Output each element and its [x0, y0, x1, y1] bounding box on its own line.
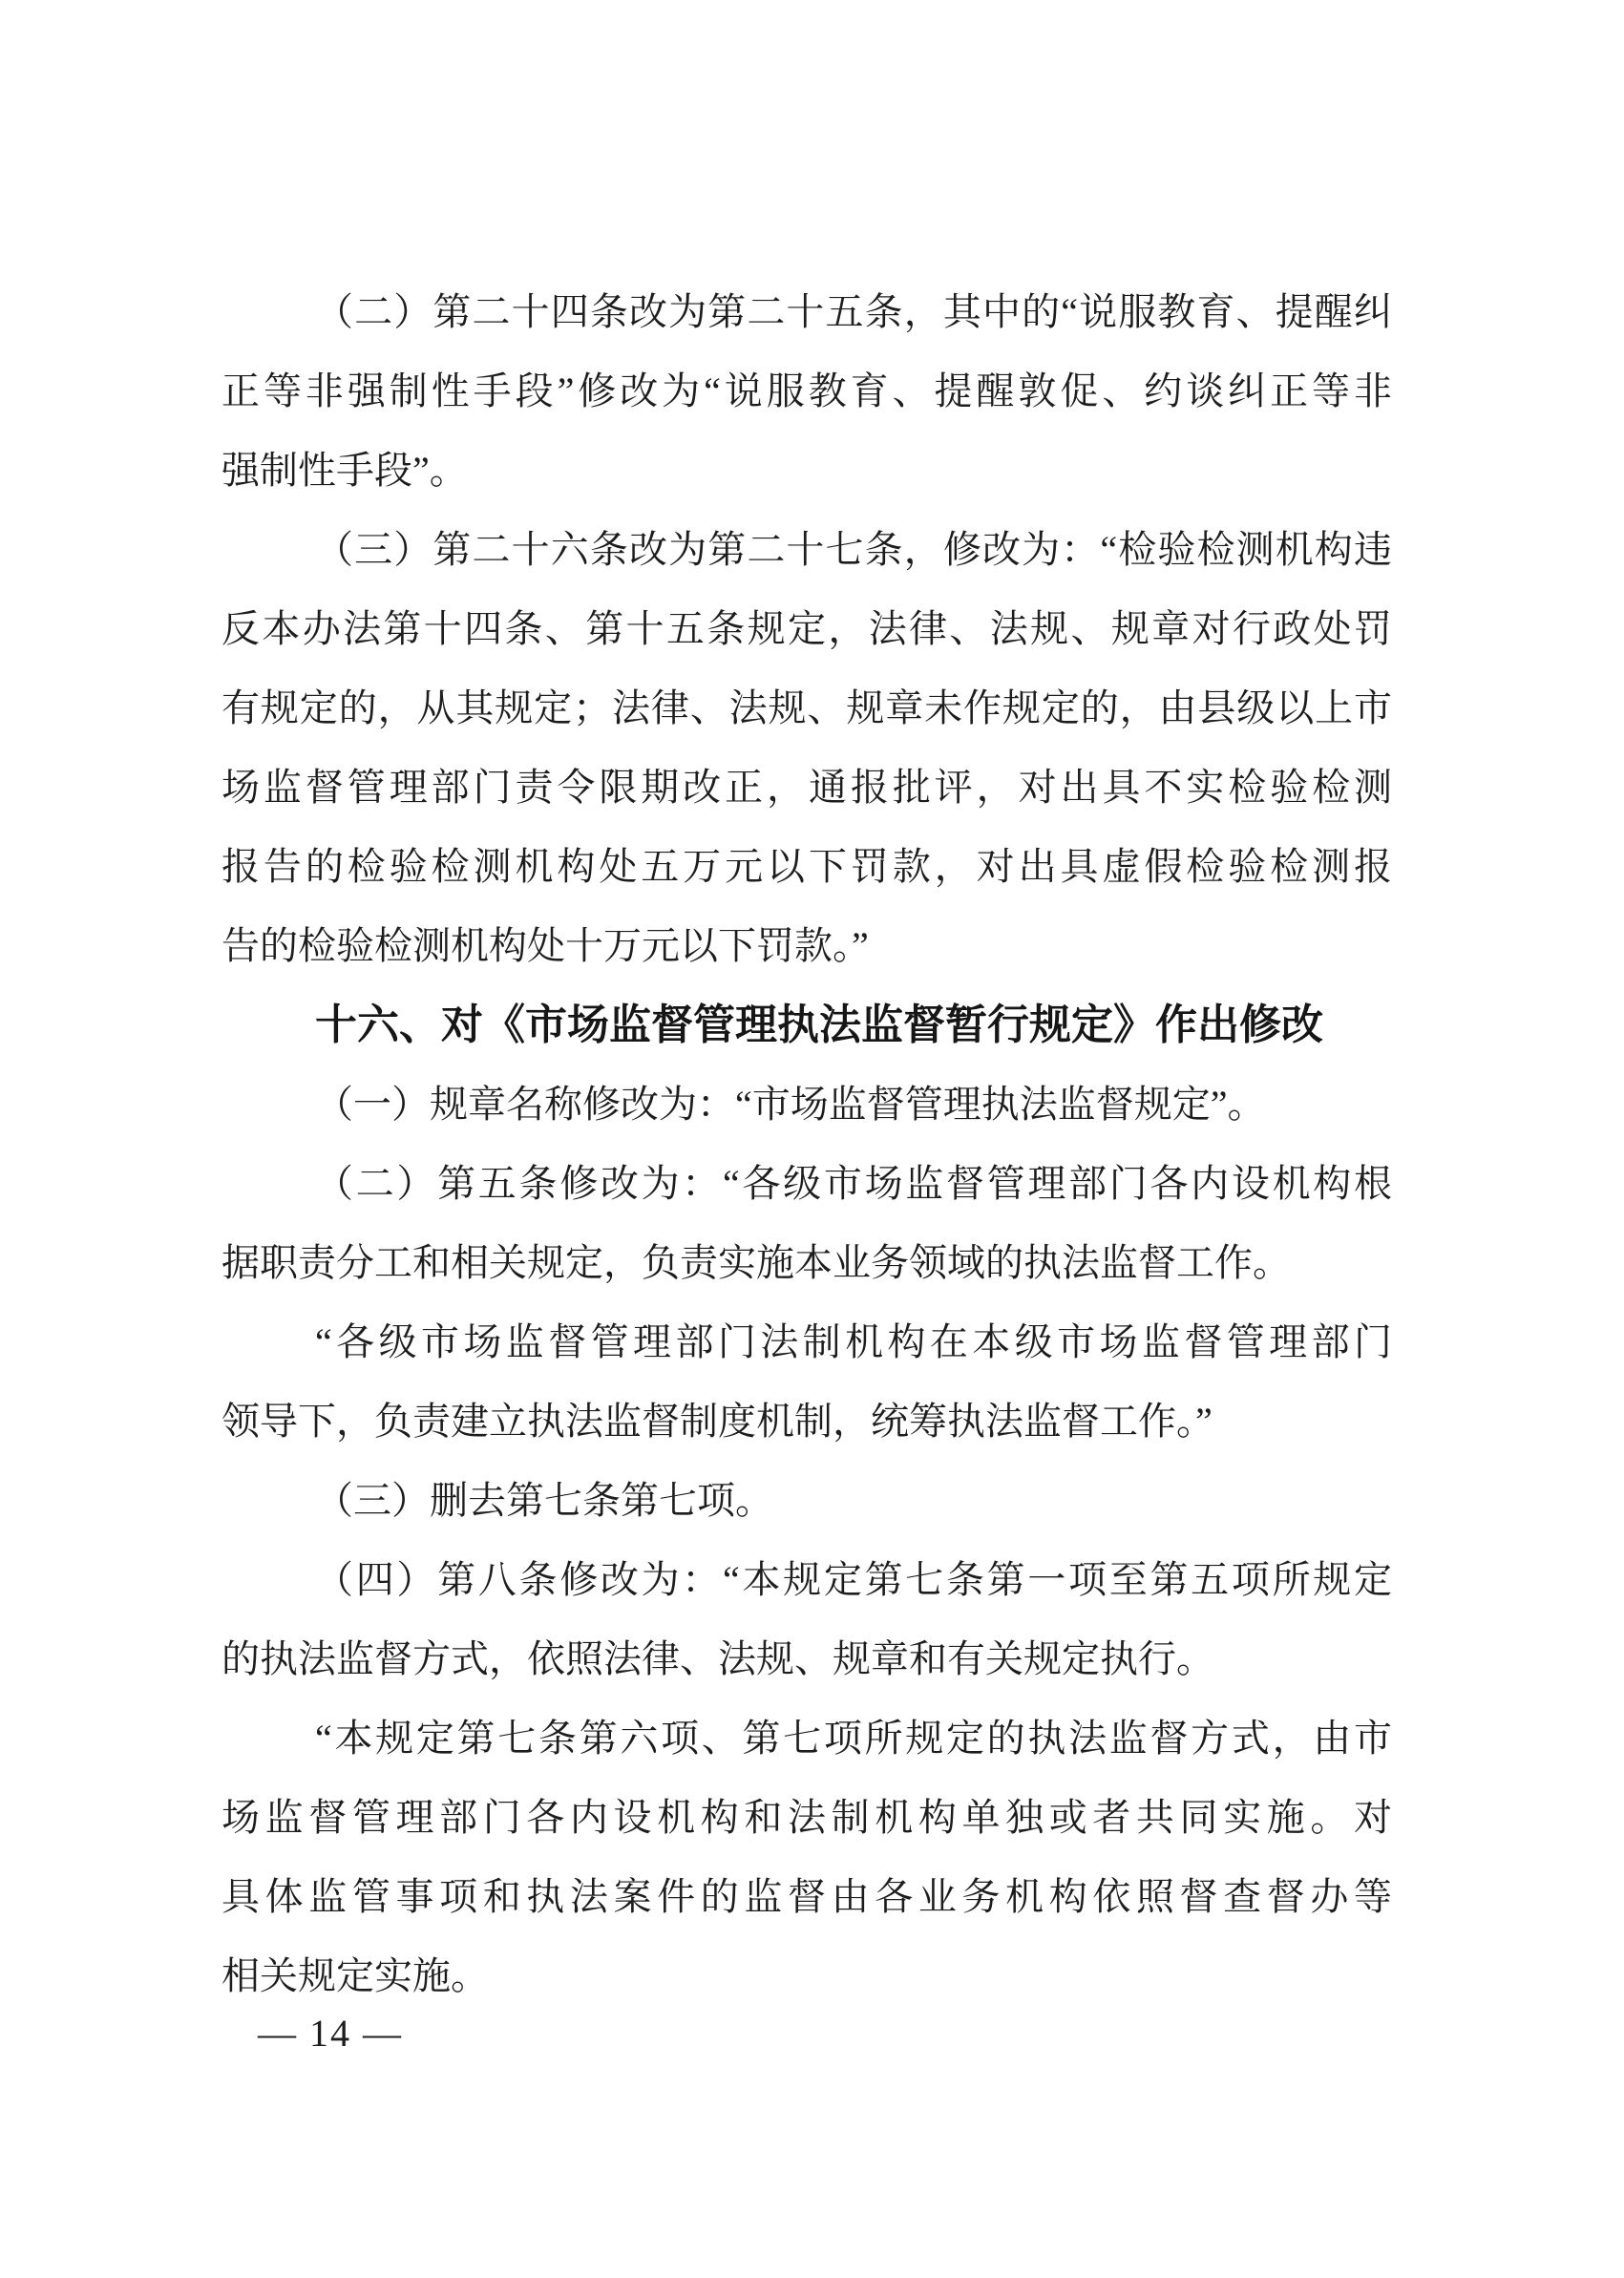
- text-line: （四）第八条修改为：“本规定第七条第一项至第五项所规定: [221, 1540, 1392, 1619]
- text-line: 强制性手段”。: [221, 431, 1392, 510]
- text-line: 告的检验检测机构处十万元以下罚款。”: [221, 906, 1392, 985]
- document-page: （二）第二十四条改为第二十五条，其中的“说服教育、提醒纠正等非强制性手段”修改为…: [0, 0, 1624, 2278]
- text-line: 有规定的，从其规定；法律、法规、规章未作规定的，由县级以上市: [221, 668, 1392, 748]
- text-line: 正等非强制性手段”修改为“说服教育、提醒敦促、约谈纠正等非: [221, 351, 1392, 431]
- text-line: 具体监管事项和执法案件的监督由各业务机构依照督查督办等: [221, 1857, 1392, 1936]
- text-line: 相关规定实施。: [221, 1936, 1392, 2015]
- paragraph: “各级市场监督管理部门法制机构在本级市场监督管理部门领导下，负责建立执法监督制度…: [221, 1302, 1392, 1461]
- text-line: 据职责分工和相关规定，负责实施本业务领域的执法监督工作。: [221, 1223, 1392, 1302]
- paragraph: （二）第五条修改为：“各级市场监督管理部门各内设机构根据职责分工和相关规定，负责…: [221, 1144, 1392, 1302]
- section-heading: 十六、对《市场监督管理执法监督暂行规定》作出修改: [221, 985, 1392, 1065]
- text-line: （三）删去第七条第七项。: [221, 1461, 1392, 1540]
- paragraph: （一）规章名称修改为：“市场监督管理执法监督规定”。: [221, 1065, 1392, 1144]
- text-line: （一）规章名称修改为：“市场监督管理执法监督规定”。: [221, 1065, 1392, 1144]
- heading-line: 十六、对《市场监督管理执法监督暂行规定》作出修改: [221, 985, 1392, 1065]
- text-line: 场监督管理部门各内设机构和法制机构单独或者共同实施。对: [221, 1778, 1392, 1857]
- paragraph: （四）第八条修改为：“本规定第七条第一项至第五项所规定的执法监督方式，依照法律、…: [221, 1540, 1392, 1698]
- paragraph: （三）第二十六条改为第二十七条，修改为：“检验检测机构违反本办法第十四条、第十五…: [221, 510, 1392, 985]
- content-area: （二）第二十四条改为第二十五条，其中的“说服教育、提醒纠正等非强制性手段”修改为…: [221, 272, 1392, 2015]
- text-line: 报告的检验检测机构处五万元以下罚款，对出具虚假检验检测报: [221, 827, 1392, 906]
- text-line: “本规定第七条第六项、第七项所规定的执法监督方式，由市: [221, 1698, 1392, 1778]
- page-number: — 14 —: [258, 2011, 403, 2057]
- paragraph: （三）删去第七条第七项。: [221, 1461, 1392, 1540]
- paragraph: “本规定第七条第六项、第七项所规定的执法监督方式，由市场监督管理部门各内设机构和…: [221, 1698, 1392, 2015]
- text-line: （二）第五条修改为：“各级市场监督管理部门各内设机构根: [221, 1144, 1392, 1223]
- text-line: 反本办法第十四条、第十五条规定，法律、法规、规章对行政处罚: [221, 589, 1392, 668]
- text-line: 的执法监督方式，依照法律、法规、规章和有关规定执行。: [221, 1619, 1392, 1698]
- text-line: （三）第二十六条改为第二十七条，修改为：“检验检测机构违: [221, 510, 1392, 589]
- text-line: （二）第二十四条改为第二十五条，其中的“说服教育、提醒纠: [221, 272, 1392, 351]
- text-line: “各级市场监督管理部门法制机构在本级市场监督管理部门: [221, 1302, 1392, 1382]
- text-line: 场监督管理部门责令限期改正，通报批评，对出具不实检验检测: [221, 748, 1392, 827]
- text-line: 领导下，负责建立执法监督制度机制，统筹执法监督工作。”: [221, 1382, 1392, 1461]
- paragraph: （二）第二十四条改为第二十五条，其中的“说服教育、提醒纠正等非强制性手段”修改为…: [221, 272, 1392, 510]
